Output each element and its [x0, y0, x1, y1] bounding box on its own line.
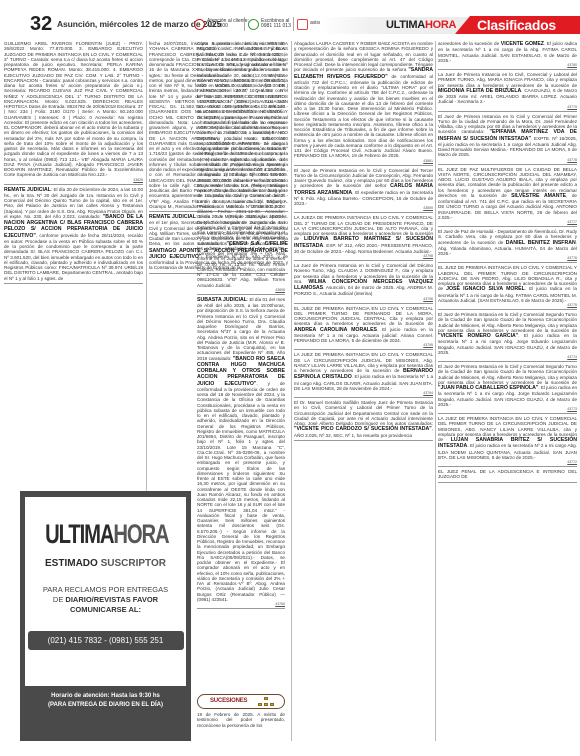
- subscriber-ad-panel: ULTIMAHORA ESTIMADO SUSCRIPTOR PARA RECL…: [24, 496, 187, 687]
- body-line-3: COMUNICARSE AL:: [70, 605, 141, 614]
- column-rule: [435, 41, 436, 741]
- divider: [244, 17, 245, 31]
- ad-code: 43861: [294, 159, 433, 163]
- classified-ad: El Juez de Paz de Humaitá - Departamento…: [438, 229, 577, 263]
- brand-logo-primary: ULTIMA: [386, 19, 425, 31]
- ad-code: 43796: [294, 297, 433, 301]
- classified-ad: LA JUEZ DE PRIMERA INSTANCIA EN LO CIVIL…: [438, 416, 577, 467]
- phone-icon: [194, 19, 205, 30]
- ad-code: 43794: [294, 391, 433, 395]
- classified-ad: GUILLERMO ARIEL RIVEROS FLORENTIN (JUEZ)…: [4, 41, 143, 185]
- ad-case-title: SILVESTRE AMANTE: [511, 193, 566, 199]
- subscriber-ad-body: PARA RECLAMOS POR ENTREGAS DE DIARIO/REV…: [25, 585, 186, 615]
- ad-case-title: DANIEL BENITEZ INSFRAN: [506, 240, 576, 246]
- contact-whatsapp[interactable]: Escribinos al0981 111 013: [248, 16, 291, 32]
- classified-ad: REMATE JUDICIAL: El día 30 de Diciembre …: [4, 187, 143, 284]
- ad-text: La Juez de Primera Instancia en lo Civil…: [438, 72, 577, 88]
- ad-heading: REMATE JUDICIAL: [149, 214, 196, 220]
- ad-text: EL JUEZ DE PRIMERA INSTANCIA EN LO CIVIL…: [294, 306, 433, 327]
- ad-case-title: VICENTE GOMEZ: [501, 41, 544, 47]
- ad-heading: REMATE JUDICIAL: [4, 187, 51, 193]
- ad-code: 43825: [4, 178, 143, 182]
- ad-text: GUILLERMO ARIEL RIVEROS FLORENTIN (JUEZ)…: [4, 41, 143, 177]
- ad-case-title: ANDREA CAROLINA MORALES: [294, 327, 377, 333]
- ad-case-title: JOSÉ IGNACIO SILVA MOREL: [446, 286, 525, 292]
- classified-ad: El Juez de Primera Instancia en lo Civil…: [294, 168, 433, 214]
- ad-code: 43773: [438, 407, 577, 411]
- logo-accent: HORA: [113, 519, 168, 549]
- ad-code: 43775: [438, 303, 577, 307]
- ad-code: 43859: [294, 206, 433, 210]
- mail-icon: [297, 19, 308, 30]
- column-1: GUILLERMO ARIEL RIVEROS FLORENTIN (JUEZ)…: [4, 41, 143, 487]
- page-number: 32: [30, 14, 52, 34]
- classified-ad: Abogados LAURA CACERES Y ROBER BAEZ ACOS…: [294, 41, 433, 166]
- contact-phone-value: 415 7000: [207, 23, 228, 29]
- classified-ad: LA JUEZ DE PRIMERA INSTANCIA EN LO CIVIL…: [294, 352, 433, 398]
- page-header: 32 Asunción, miércoles 12 de marzo de 20…: [0, 0, 580, 30]
- ad-code: 43766: [197, 602, 285, 606]
- classified-ad: EL JUEZ DE PRIMERA INSTANCIA EN LO CIVIL…: [438, 265, 577, 310]
- classified-ad: La Juez de Primera Instancia en lo Civil…: [438, 72, 577, 112]
- column-3: Corte Suprema de Justicia, sistema de as…: [197, 41, 285, 693]
- hours-line-2: (PARA ENTREGA DE DIARIO EN EL DÍA): [48, 702, 163, 708]
- sucesiones-intro-text: 19 de Febrero de 2025. A mérito de testi…: [197, 712, 285, 728]
- section-banner-sucesiones: SUCESIONES: [197, 694, 285, 709]
- title-bold: ESTIMADO: [45, 558, 98, 569]
- ad-text: , y de conformidad a la providencia de o…: [197, 381, 285, 602]
- subscriber-ad: ULTIMAHORA ESTIMADO SUSCRIPTOR PARA RECL…: [20, 491, 191, 741]
- column-4: Abogados LAURA CACERES Y ROBER BAEZ ACOS…: [294, 41, 433, 741]
- ad-code: 43772: [438, 460, 577, 464]
- logo-primary: ULTIMA: [45, 519, 113, 549]
- ad-text: : El día 01 del mes de Abril del año 202…: [197, 297, 285, 361]
- family-tree-icon: [258, 697, 274, 707]
- ad-code: 43776: [438, 256, 577, 260]
- subscriber-ad-title: ESTIMADO SUSCRIPTOR: [25, 558, 186, 569]
- classified-ad: LA JUEZA DE PRIMERA INSTANCIA EN LO CIVI…: [294, 215, 433, 261]
- subscriber-ad-logo: ULTIMAHORA: [45, 519, 166, 550]
- classified-ad: EL JUEZ DE PRIMERA INSTANCIA EN LO CIVIL…: [294, 306, 433, 351]
- body-line-2-bold: DIARIO/REVISTAS FAVOR: [65, 595, 158, 604]
- subscriber-phone-numbers[interactable]: (021) 415 7832 - (0981) 555 251: [28, 631, 184, 650]
- classified-ad: El Juez de Primera Instancia en lo Civil…: [438, 312, 577, 362]
- brand-logo: ULTIMAHORA: [386, 19, 456, 31]
- subscriber-ad-hours: Horario de atención: Hasta las 9:30 hs (…: [20, 692, 191, 709]
- ad-heading: SUBASTA JUDICIAL: [197, 297, 247, 303]
- whatsapp-icon: [248, 19, 259, 30]
- ad-text: Corte Suprema de Justicia, sistema de as…: [197, 41, 285, 288]
- classified-ad: SUBASTA JUDICIAL: El día 01 del mes de A…: [197, 297, 285, 609]
- contact-whatsapp-value: 0981 111 013: [261, 23, 291, 29]
- ad-code: 43778: [438, 158, 577, 162]
- ad-code: 43779: [438, 105, 577, 109]
- classified-ad: La Juez de Primera Instancia en lo Civil…: [294, 263, 433, 304]
- divider: [293, 17, 294, 31]
- ad-code: 43777: [438, 220, 577, 224]
- classified-ad: Corte Suprema de Justicia, sistema de as…: [197, 41, 285, 295]
- classified-ad: EL JUEZ DE PAZ MULTIFUEROS DE LA CIUDAD …: [438, 167, 577, 228]
- ad-text: EL JUEZ PENAL DE LA ADOLESCENCIA E INTER…: [438, 469, 577, 479]
- body-line-1: PARA RECLAMOS POR ENTREGAS: [43, 585, 168, 594]
- classified-ad: El Dr. Manuel Geraldo Saifildin Stanley …: [294, 400, 433, 441]
- ad-text: El Juez de Primera Instancia en lo Civil…: [438, 364, 577, 385]
- ad-code: 43774: [438, 355, 577, 359]
- column-rule: [291, 41, 292, 741]
- ad-text: El Dr. Manuel Geraldo Saifildin Stanley …: [294, 400, 433, 426]
- title-light: SUSCRIPTOR: [101, 558, 166, 569]
- brand-logo-accent: HORA: [425, 19, 456, 31]
- ad-text: El Juez de Primera Instancia en lo Civil…: [438, 312, 577, 333]
- classified-ad: El Juez de Primera Instancia en lo Civil…: [438, 364, 577, 414]
- ad-code: 43798: [294, 254, 433, 258]
- ad-code: 43780: [438, 63, 577, 67]
- ad-text: acreedores de la sucesión de: [438, 41, 501, 46]
- ad-text: de conformidad al artículo 732 del C.P.C…: [294, 74, 433, 159]
- hours-line-1: Horario de atención: Hasta las 9:30 hs: [51, 693, 160, 699]
- classified-ad: acreedores de la sucesión de VICENTE GOM…: [438, 41, 577, 70]
- classified-ad: EL JUEZ PENAL DE LA ADOLESCENCIA E INTER…: [438, 469, 577, 483]
- ad-case-title: MIGDONIA FLEITA DE BRIZUELA: [438, 88, 521, 94]
- section-title: Clasificados: [477, 17, 556, 33]
- ad-code: 43795: [294, 343, 433, 347]
- ad-case-title: "JUAN PABLO CABALLERO ESPINOLA": [438, 385, 538, 391]
- classified-ad: El Juez de Primera Instancia en lo Civil…: [438, 114, 577, 165]
- contact-phone[interactable]: Atención al cliente:415 7000: [194, 16, 249, 32]
- section-banner-label: SUCESIONES: [210, 698, 247, 704]
- body-line-2-prefix: DE: [53, 595, 63, 604]
- column-6: acreedores de la sucesión de VICENTE GOM…: [438, 41, 577, 741]
- ad-case-title: "VICENTE PICO CARDOZO S/ SUCESIÓN INTEST…: [294, 426, 432, 432]
- ad-case-title: "VICENTE ROMERO GARCIA": [438, 333, 518, 339]
- ad-text: , conforme proveido de fecha 28/11/2024,…: [4, 233, 143, 281]
- ad-code: 43808: [197, 288, 285, 292]
